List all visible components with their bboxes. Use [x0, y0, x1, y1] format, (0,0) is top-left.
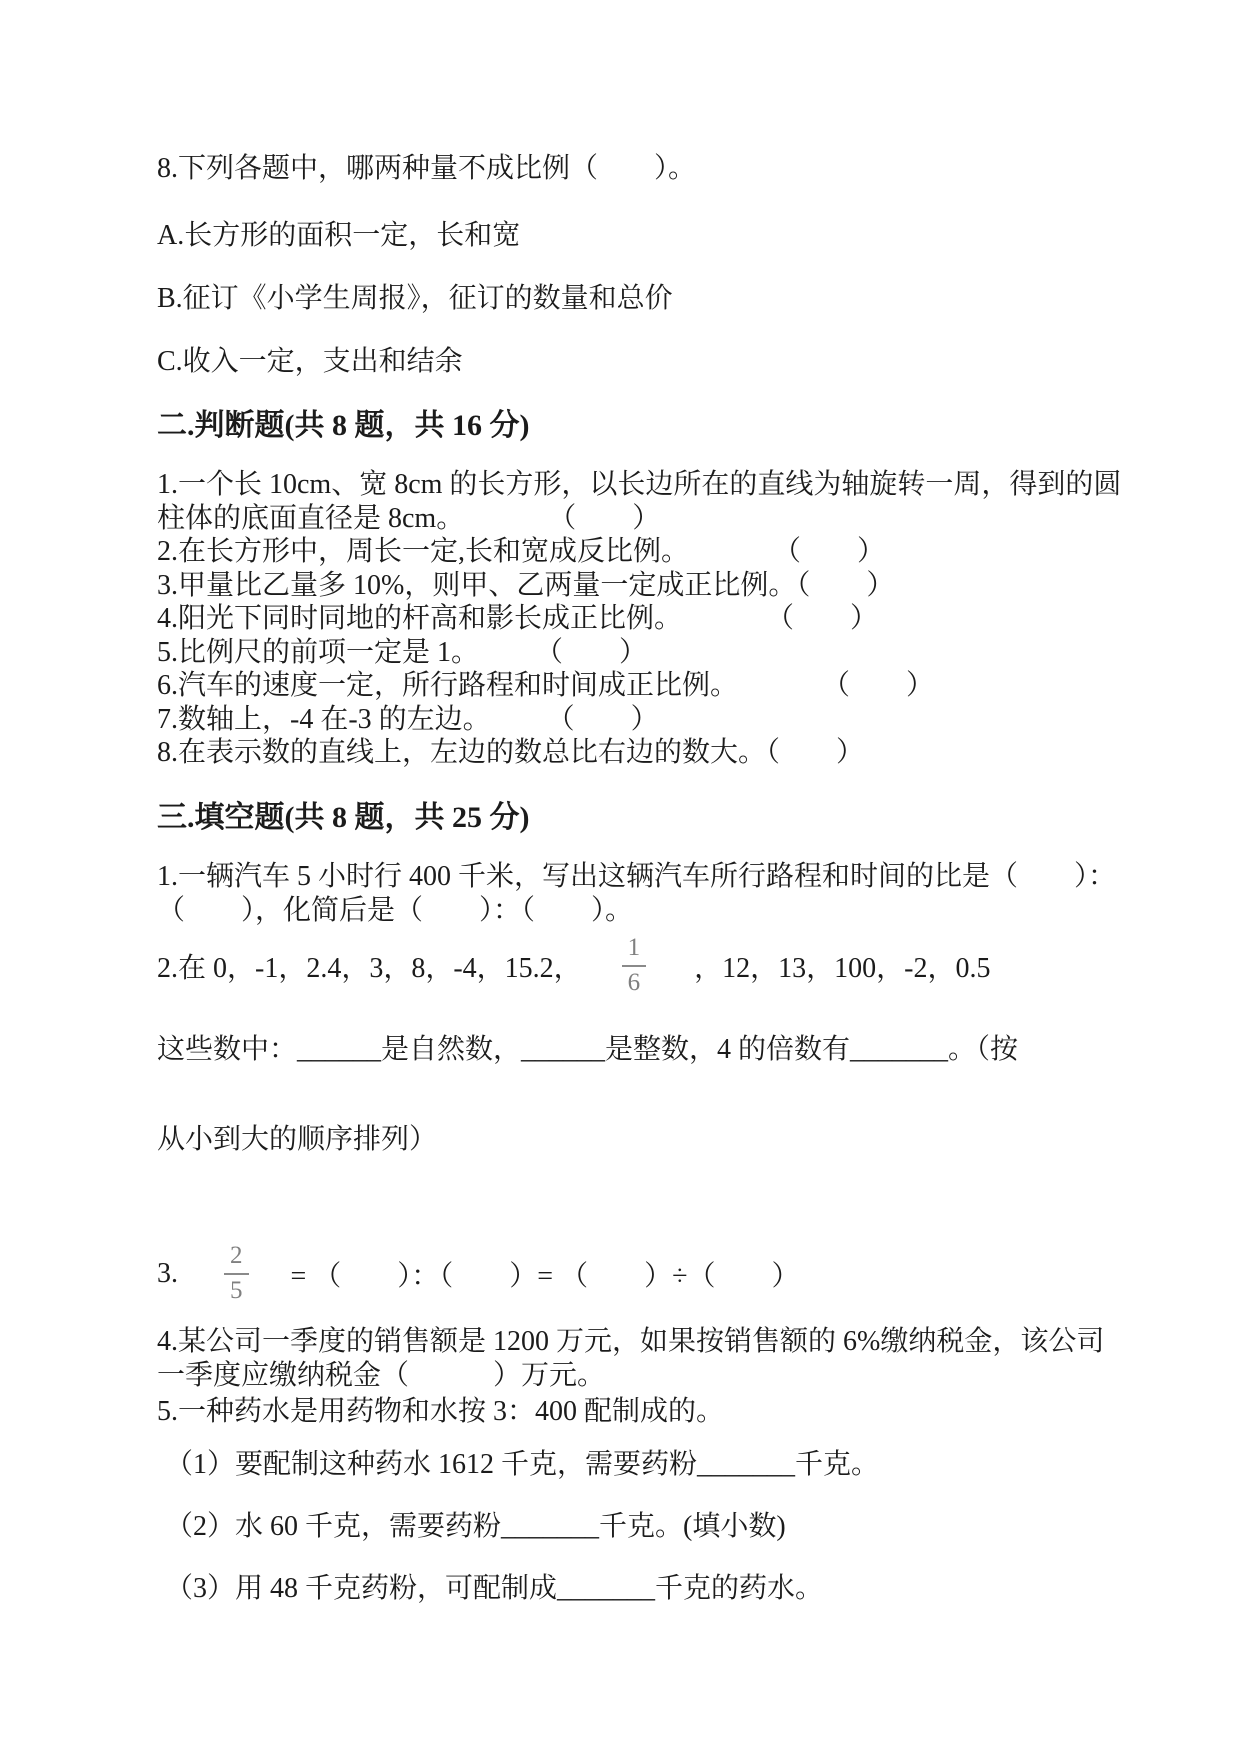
fraction-one-sixth: 1 6 [622, 934, 647, 998]
fill-question-3: 3. 2 5 = （ ）：（ ）= （ ）÷（ ） [157, 1242, 1101, 1306]
fill-question-2-note-1: 这些数中：______是自然数，______是整数，4 的倍数有_______。… [157, 1035, 1101, 1065]
tf-question-1-line-2: 柱体的底面直径是 8cm。 （ ） [157, 502, 1101, 536]
tf-question-5: 5.比例尺的前项一定是 1。 （ ） [157, 636, 1101, 670]
fill-question-5-sub-3: （3）用 48 千克药粉，可配制成_______千克的药水。 [165, 1574, 1101, 1604]
tf-question-6: 6.汽车的速度一定，所行路程和时间成正比例。 （ ） [157, 669, 1101, 703]
fill-question-5-stem: 5.一种药水是用药物和水按 3：400 配制成的。 [157, 1397, 1101, 1427]
fill-question-3-suffix: = （ ）：（ ）= （ ）÷（ ） [291, 1254, 800, 1294]
fraction-denominator: 6 [628, 967, 641, 998]
fill-question-2-prefix: 2.在 0，-1，2.4，3，8，-4，15.2， [157, 946, 582, 986]
question-8-stem: 8.下列各题中，哪两种量不成比例（ ）。 [157, 154, 1101, 184]
tf-question-8: 8.在表示数的直线上，左边的数总比右边的数大。（ ） [157, 736, 1101, 770]
question-8-option-a: A.长方形的面积一定，长和宽 [157, 221, 1101, 251]
tf-question-3: 3.甲量比乙量多 10%，则甲、乙两量一定成正比例。（ ） [157, 569, 1101, 603]
fill-question-3-prefix: 3. [157, 1258, 178, 1290]
question-8-option-c: C.收入一定，支出和结余 [157, 347, 1101, 377]
fill-question-1-line-2: （ ），化简后是（ ）：（ ）。 [157, 894, 1101, 928]
fill-question-2-note-2: 从小到大的顺序排列） [157, 1125, 1101, 1155]
tf-question-2: 2.在长方形中，周长一定,长和宽成反比例。 （ ） [157, 535, 1101, 569]
fill-question-4-line-2: 一季度应缴纳税金（ ）万元。 [157, 1359, 1101, 1393]
fill-question-5-sub-1: （1）要配制这种药水 1612 千克，需要药粉_______千克。 [165, 1450, 1101, 1480]
question-8-option-b: B.征订《小学生周报》，征订的数量和总价 [157, 284, 1101, 314]
fraction-numerator: 1 [622, 934, 647, 967]
exam-document: 8.下列各题中，哪两种量不成比例（ ）。 A.长方形的面积一定，长和宽 B.征订… [0, 0, 1241, 1755]
fill-question-1-line-1: 1.一辆汽车 5 小时行 400 千米，写出这辆汽车所行路程和时间的比是（ ）： [157, 860, 1101, 894]
tf-question-4: 4.阳光下同时同地的杆高和影长成正比例。 （ ） [157, 602, 1101, 636]
fill-question-5-sub-2: （2）水 60 千克，需要药粉_______千克。(填小数) [165, 1512, 1101, 1542]
section-3-heading: 三.填空题(共 8 题，共 25 分) [157, 802, 1101, 834]
section-2-heading: 二.判断题(共 8 题，共 16 分) [157, 410, 1101, 442]
fill-question-2: 2.在 0，-1，2.4，3，8，-4，15.2， 1 6 ，12，13，100… [157, 934, 1101, 998]
fill-question-4-line-1: 4.某公司一季度的销售额是 1200 万元，如果按销售额的 6%缴纳税金，该公司 [157, 1325, 1101, 1359]
tf-question-1-line-1: 1.一个长 10cm、宽 8cm 的长方形，以长边所在的直线为轴旋转一周，得到的… [157, 468, 1101, 502]
fraction-denominator: 5 [230, 1275, 243, 1306]
fraction-numerator: 2 [224, 1242, 249, 1275]
tf-question-7: 7.数轴上，-4 在-3 的左边。 （ ） [157, 703, 1101, 737]
fill-question-2-suffix: ，12，13，100，-2，0.5 [694, 946, 990, 986]
fraction-two-fifths: 2 5 [224, 1242, 249, 1306]
